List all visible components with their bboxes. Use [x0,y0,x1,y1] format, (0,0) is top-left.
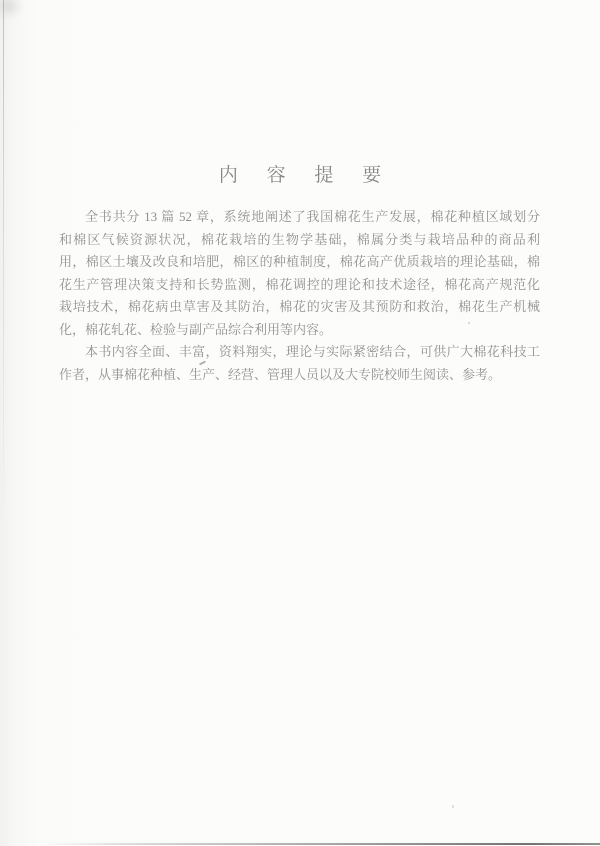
text-line: 花生产管理决策支持和长势监测，棉花调控的理论和技术途径，棉花高产规范化 [59,274,540,297]
body-text: 全书共分 13 篇 52 章，系统地阐述了我国棉花生产发展，棉花种植区域划分和棉… [59,206,540,386]
text-line: 用，棉区土壤及改良和培肥，棉区的种植制度，棉花高产优质栽培的理论基础，棉 [59,251,540,274]
section-title: 内 容 提 要 [0,163,600,189]
page-left-edge-line [3,0,4,525]
text-line: 本书内容全面、丰富，资料翔实，理论与实际紧密结合，可供广大棉花科技工 [59,341,540,364]
scan-speck [468,322,470,324]
text-line: 栽培技术，棉花病虫草害及其防治，棉花的灾害及其预防和救治，棉花生产机械 [59,296,540,319]
text-line: 和棉区气候资源状况，棉花栽培的生物学基础，棉属分类与栽培品种的商品利 [59,229,540,252]
scanned-book-page: 内 容 提 要 全书共分 13 篇 52 章，系统地阐述了我国棉花生产发展，棉花… [0,0,600,846]
scan-speck [452,805,454,808]
page-bottom-edge-shadow [0,843,600,845]
text-line: 作者，从事棉花种植、生产、经营、管理人员以及大专院校师生阅读、参考。 [59,364,540,387]
text-line: 全书共分 13 篇 52 章，系统地阐述了我国棉花生产发展，棉花种植区域划分 [59,206,540,229]
